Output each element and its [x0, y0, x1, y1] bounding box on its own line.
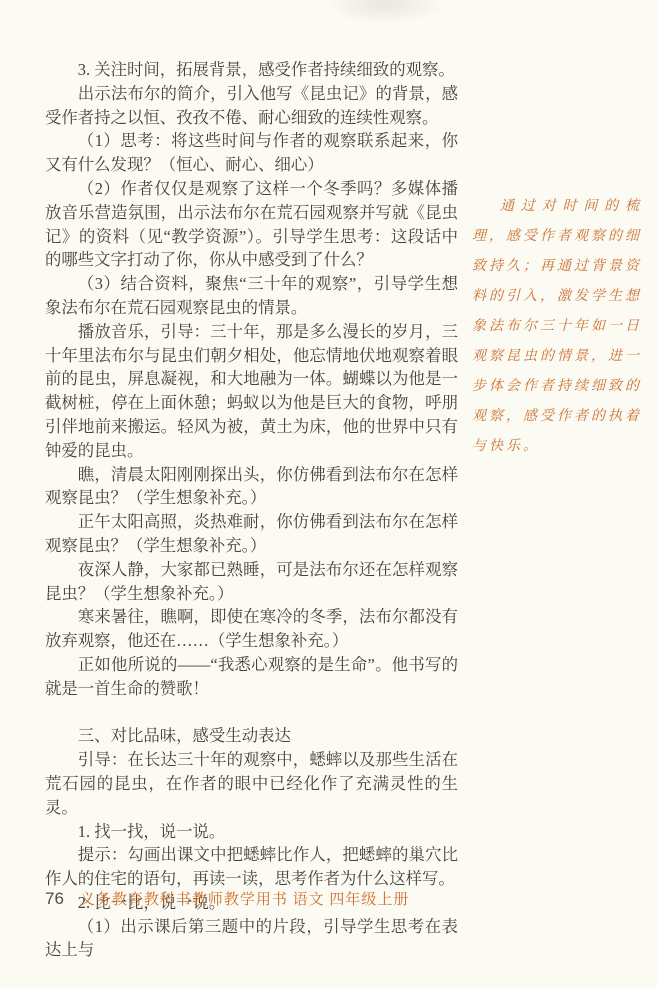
para-question-2: （2）作者仅仅是观察了这样一个冬季吗？多媒体播放音乐营造氛围，出示法布尔在荒石园…: [45, 177, 458, 272]
para-step3-heading: 3. 关注时间，拓展背景，感受作者持续细致的观察。: [45, 58, 458, 82]
para-question-1: （1）思考：将这些时间与作者的观察联系起来，你又有什么发现？（恒心、耐心、细心）: [45, 129, 458, 177]
para-noon: 正午太阳高照，炎热难耐，你仿佛看到法布尔在怎样观察昆虫？（学生想象补充。）: [45, 510, 458, 558]
section-3-heading: 三、对比品味，感受生动表达: [45, 724, 458, 748]
para-task-1: 1. 找一找，说一说。: [45, 820, 458, 844]
para-question-3: （3）结合资料，聚焦“三十年的观察”，引导学生想象法布尔在荒石园观察昆虫的情景。: [45, 272, 458, 320]
para-task-1-hint: 提示：勾画出课文中把蟋蟀比作人，把蟋蟀的巢穴比作人的住宅的语句，再读一读，思考作…: [45, 843, 458, 891]
para-section3-guide: 引导：在长达三十年的观察中，蟋蟀以及那些生活在荒石园的昆虫，在作者的眼中已经化作…: [45, 748, 458, 819]
page-number: 76: [45, 889, 64, 909]
para-life-quote: 正如他所说的——“我悉心观察的是生命”。他书写的就是一首生命的赞歌！: [45, 653, 458, 701]
scan-smudge: [325, 0, 445, 24]
para-task-2-item1: （1）出示课后第三题中的片段，引导学生思考在表达上与: [45, 915, 458, 963]
margin-annotation: 通过对时间的梳理，感受作者观察的细致持久；再通过背景资料的引入，激发学生想象法布…: [472, 192, 642, 462]
para-winter: 寒来暑往，瞧啊，即使在寒冷的冬季，法布尔都没有放弃观察，他还在……（学生想象补充…: [45, 605, 458, 653]
main-text-column: 3. 关注时间，拓展背景，感受作者持续细致的观察。 出示法布尔的简介，引入他写《…: [45, 58, 458, 962]
para-morning: 瞧，清晨太阳刚刚探出头，你仿佛看到法布尔在怎样观察昆虫？（学生想象补充。）: [45, 463, 458, 511]
para-intro-fabre: 出示法布尔的简介，引入他写《昆虫记》的背景，感受作者持之以恒、孜孜不倦、耐心细致…: [45, 82, 458, 130]
para-night: 夜深人静，大家都已熟睡，可是法布尔还在怎样观察昆虫？（学生想象补充。）: [45, 558, 458, 606]
footer-book-title: 义务教育教科书教师教学用书 语文 四年级上册: [80, 888, 410, 909]
page-footer: 76 义务教育教科书教师教学用书 语文 四年级上册: [45, 888, 409, 909]
book-page: 3. 关注时间，拓展背景，感受作者持续细致的观察。 出示法布尔的简介，引入他写《…: [0, 0, 657, 988]
para-music-guide: 播放音乐，引导：三十年，那是多么漫长的岁月，三十年里法布尔与昆虫们朝夕相处，他忘…: [45, 320, 458, 463]
